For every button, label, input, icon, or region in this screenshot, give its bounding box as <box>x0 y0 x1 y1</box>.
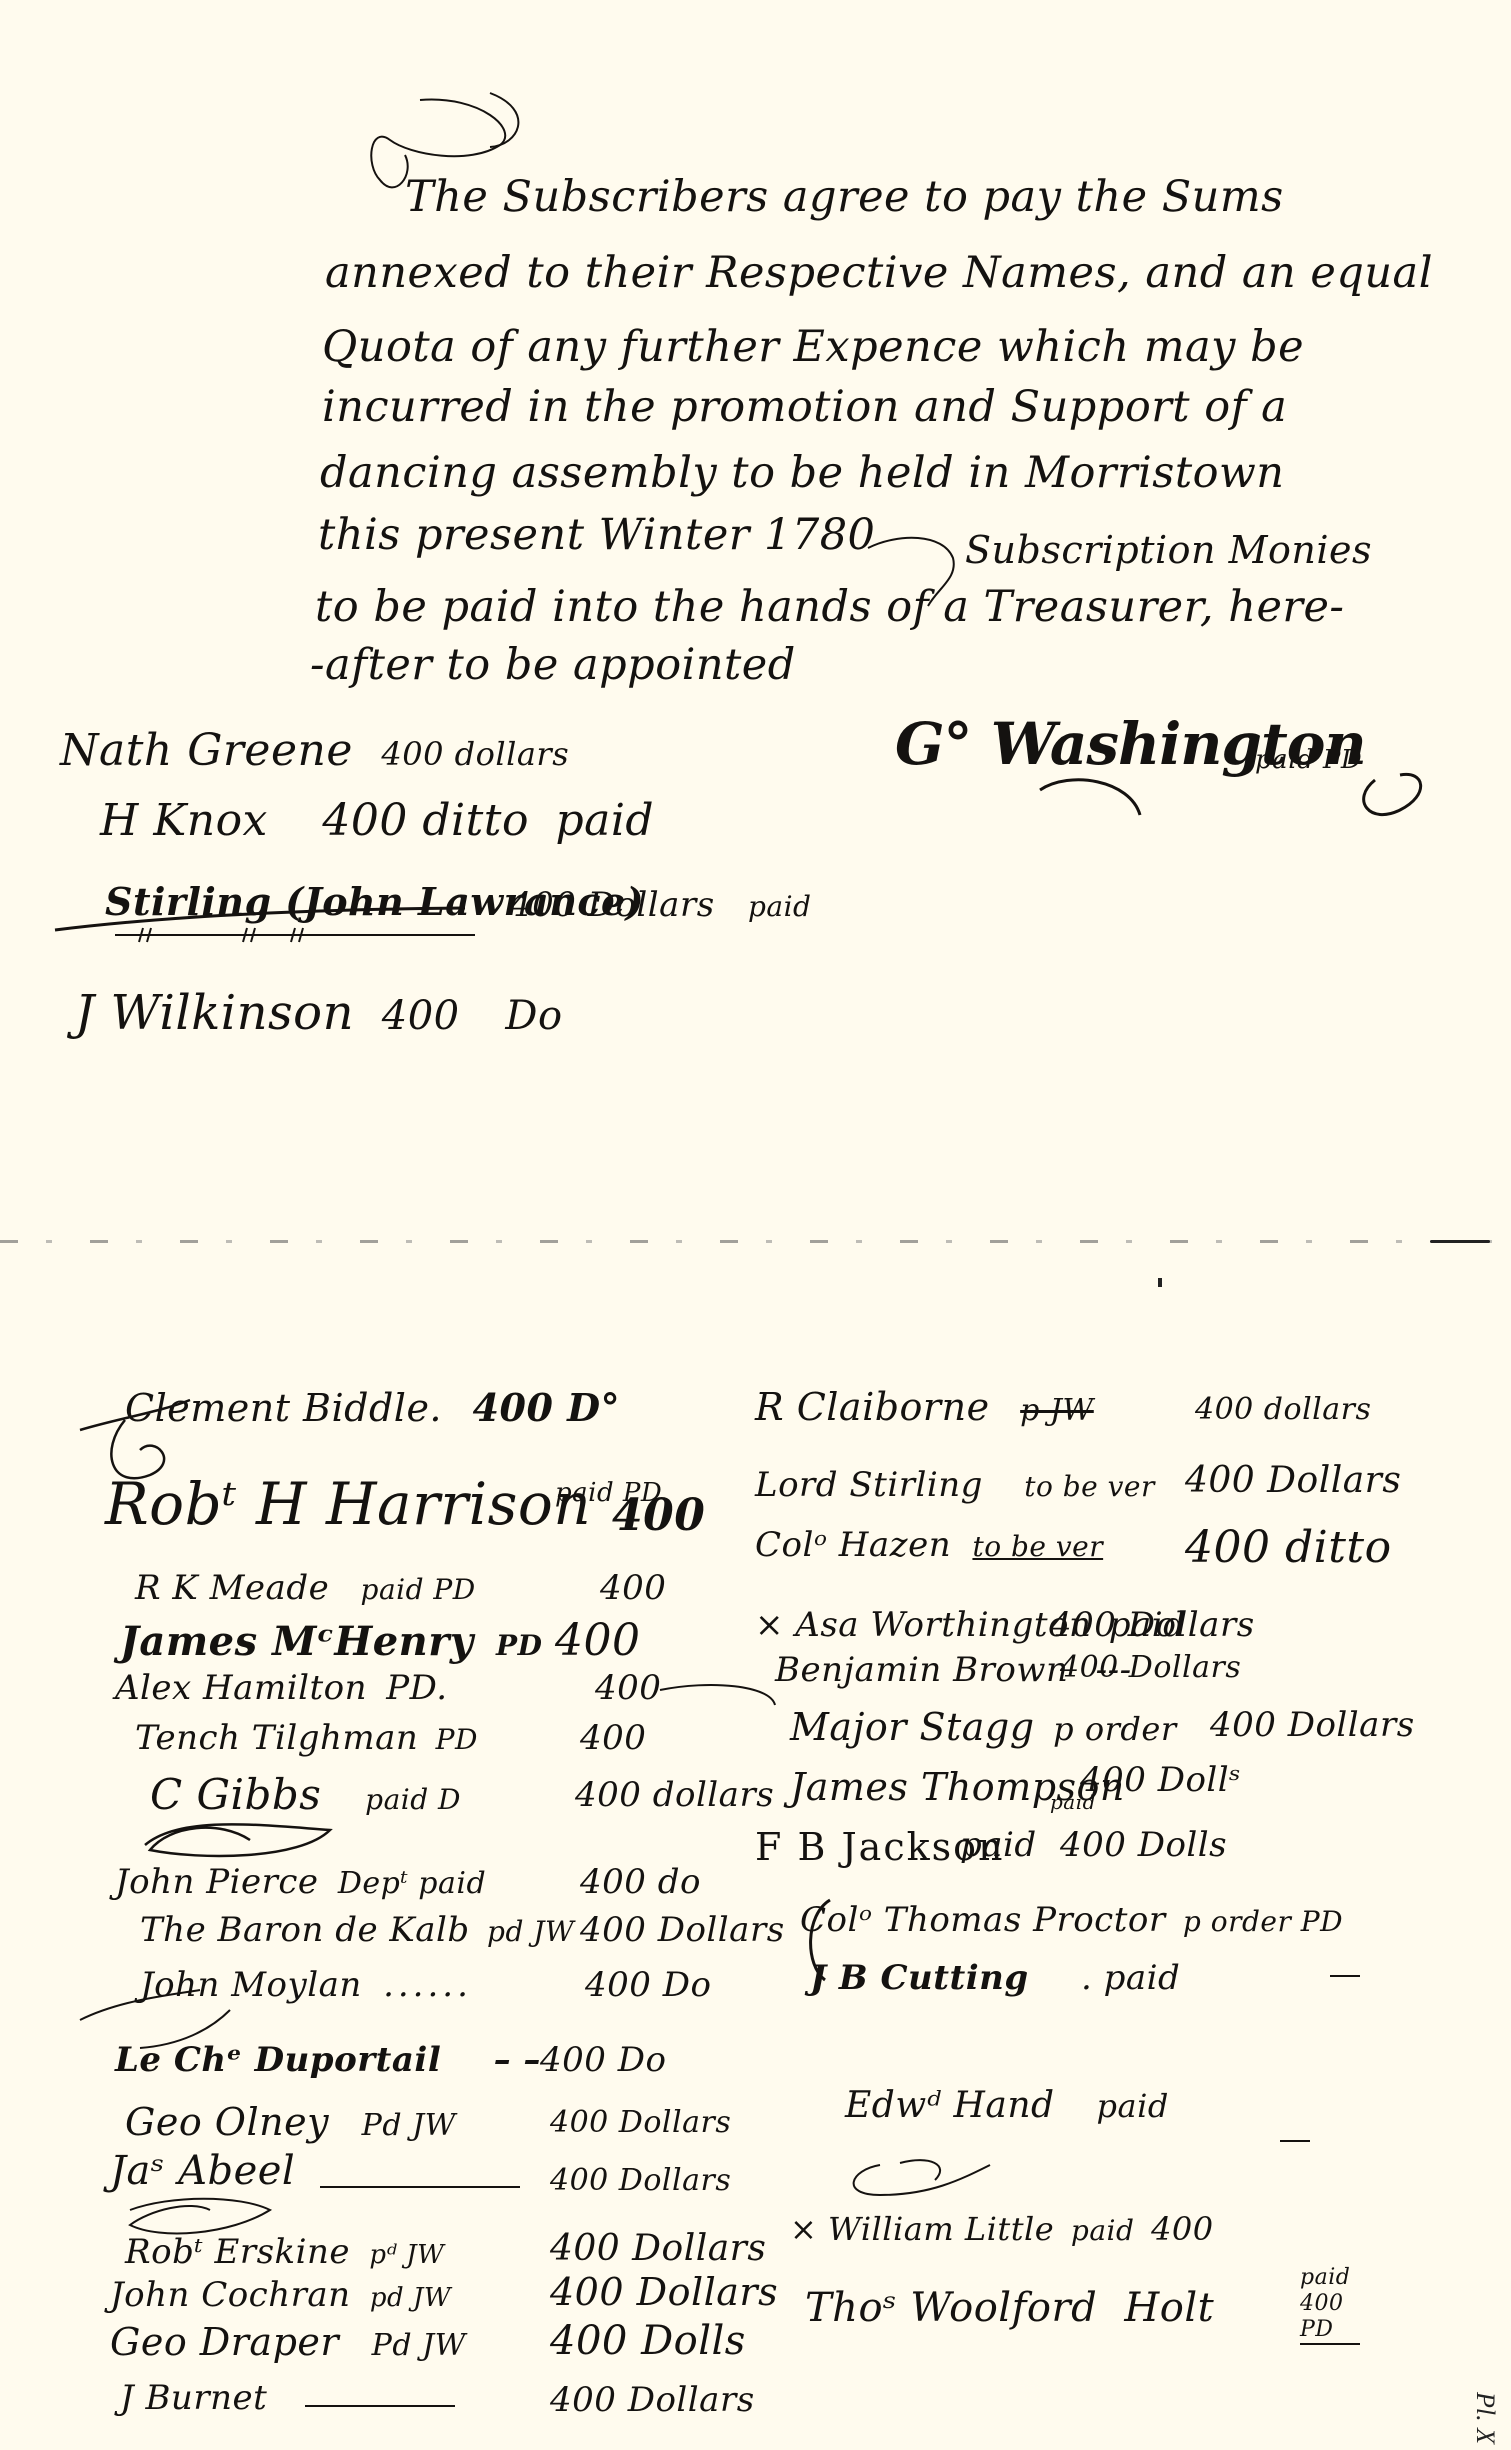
right-entry-2: Lord Stirling to be ver <box>755 1465 1155 1505</box>
page-fold-line <box>0 1240 1511 1243</box>
subscriber-amount: 400 <box>382 993 460 1039</box>
left-entry-16: Geo Draper Pd JW <box>110 2320 466 2364</box>
subscriber-name: Geo Olney <box>125 2100 329 2144</box>
subscriber-note: paid D <box>365 1783 461 1816</box>
left-entry-12-amount: 400 Dollars <box>550 2105 731 2140</box>
bracket-note: Subscription Monies <box>965 528 1372 572</box>
paragraph-line-2: annexed to their Respective Names, and a… <box>325 248 1433 298</box>
left-entry-6: Tench Tilghman PD <box>135 1718 478 1758</box>
upper-entry-greene: Nath Greene 400 dollars <box>60 725 569 776</box>
hamilton-tail <box>660 1680 790 1720</box>
subscriber-note: Depᵗ paid <box>338 1866 486 1901</box>
subscriber-amount: 400 D° <box>473 1385 621 1430</box>
subscriber-name: John Pierce <box>115 1862 319 1902</box>
subscriber-note: Holt <box>1124 2285 1214 2331</box>
paragraph-line-3: Quota of any further Expence which may b… <box>322 322 1304 372</box>
left-entry-15-amount: 400 Dollars <box>550 2270 778 2314</box>
subscriber-name: J Wilkinson <box>75 985 354 1041</box>
subscriber-note: PD <box>436 1723 478 1756</box>
subscriber-note: to be ver <box>1024 1470 1155 1503</box>
subscriber-name: James MᶜHenry <box>120 1618 474 1665</box>
subscriber-name: Geo Draper <box>110 2320 339 2364</box>
subscriber-note: . paid <box>1081 1958 1180 1998</box>
right-entry-3: Colᵒ Hazen to be ver <box>755 1525 1103 1565</box>
signature-underline-flourish <box>1040 770 1440 830</box>
paragraph-line-7: to be paid into the hands of a Treasurer… <box>315 582 1344 632</box>
subscriber-note: pd JW <box>370 2283 451 2313</box>
subscriber-name: J B Cutting <box>810 1958 1029 1998</box>
subscriber-note: PD <box>496 1629 542 1662</box>
subscriber-name: × Asa Worthington <box>755 1605 1091 1645</box>
right-entry-10: J B Cutting . paid <box>810 1958 1180 1998</box>
leader-dashes: – – <box>494 2040 541 2080</box>
subscriber-name: The Baron de Kalb <box>140 1910 470 1950</box>
subscriber-note: pd JW <box>487 1915 574 1948</box>
subscriber-note: to be ver <box>972 1530 1103 1563</box>
right-entry-6-amount: 400 Dollars <box>1210 1705 1415 1745</box>
hand-flourish <box>840 2155 1000 2200</box>
plate-label: Pl. X <box>1470 2392 1500 2401</box>
subscriber-name: Robᵗ H Harrison <box>105 1470 591 1538</box>
subscriber-note: paid PD <box>361 1573 476 1606</box>
left-entry-15: John Cochran pd JW <box>110 2275 451 2315</box>
right-entry-13: Thoˢ Woolford Holt <box>805 2285 1214 2331</box>
burnet-rule <box>305 2405 455 2407</box>
right-entry-8-note: paid <box>960 1825 1037 1865</box>
subscriber-name: Benjamin Brown <box>775 1650 1068 1690</box>
subscriber-name: C Gibbs <box>150 1770 321 1819</box>
subscriber-amount: 400 ditto <box>322 795 529 846</box>
subscriber-amount: 400 <box>1151 2210 1214 2248</box>
subscriber-note: paid <box>748 890 812 923</box>
cutting-dash <box>1330 1975 1360 1977</box>
left-entry-2: Robᵗ H Harrison <box>105 1470 591 1538</box>
left-entry-8: John Pierce Depᵗ paid <box>115 1862 486 1902</box>
subscriber-name: Tench Tilghman <box>135 1718 418 1758</box>
abeel-rule <box>320 2186 520 2188</box>
subscriber-name: Alex Hamilton <box>115 1668 367 1708</box>
left-entry-11: Le Chᵉ Duportail – – <box>115 2040 541 2080</box>
paragraph-line-4: incurred in the promotion and Support of… <box>322 382 1287 432</box>
left-entry-4: James MᶜHenry PD <box>120 1618 542 1665</box>
subscriber-amount: 400 dollars <box>381 735 569 773</box>
subscriber-note: PD. <box>386 1668 447 1708</box>
subscriber-note: p order <box>1053 1710 1176 1748</box>
paragraph-line-1: The Subscribers agree to pay the Sums <box>405 172 1284 222</box>
left-entry-4-amount: 400 <box>555 1615 640 1666</box>
paragraph-line-6: this present Winter 1780 <box>318 510 875 560</box>
subscriber-name: Colᵒ Thomas Proctor <box>800 1900 1166 1940</box>
subscriber-name: Major Stagg <box>790 1705 1035 1749</box>
subscriber-name: J Burnet <box>120 2378 267 2418</box>
right-entry-1: R Claiborne p JW <box>755 1385 1094 1429</box>
left-entry-16-amount: 400 Dolls <box>550 2318 746 2364</box>
subscriber-note: Pd JW <box>372 2328 466 2363</box>
right-entry-11: Edwᵈ Hand paid <box>845 2085 1169 2126</box>
subscriber-note: paid <box>555 795 654 846</box>
subscriber-note: Pd JW <box>362 2108 456 2143</box>
paragraph-line-8: -after to be appointed <box>310 640 796 690</box>
left-entry-13-amount: 400 Dollars <box>550 2163 731 2198</box>
subscriber-note: pᵈ JW <box>369 2240 444 2270</box>
left-entry-9-amount: 400 Dollars <box>580 1910 785 1950</box>
left-entry-17-amount: 400 Dollars <box>550 2380 755 2420</box>
left-entry-5: Alex Hamilton PD. <box>115 1668 448 1708</box>
fold-mark <box>1430 1240 1490 1243</box>
subscriber-name: Jaˢ Abeel <box>110 2148 295 2194</box>
hand-dash <box>1280 2140 1310 2142</box>
paragraph-line-5: dancing assembly to be held in Morristow… <box>320 448 1285 498</box>
right-entry-6: Major Stagg p order <box>790 1705 1177 1749</box>
left-entry-8-amount: 400 do <box>580 1862 701 1902</box>
left-entry-6-amount: 400 <box>580 1718 646 1758</box>
right-entry-13-amount: paid 400 PD <box>1300 2265 1360 2345</box>
subscriber-name: Edwᵈ Hand <box>845 2085 1055 2126</box>
subscriber-note: p JW <box>1020 1393 1094 1428</box>
upper-entry-wilkinson: J Wilkinson 400 Do <box>75 985 563 1041</box>
subscriber-note: Do <box>505 993 562 1039</box>
subscriber-name: R K Meade <box>135 1568 329 1608</box>
right-entry-3-amount: 400 ditto <box>1185 1522 1392 1573</box>
left-entry-9: The Baron de Kalb pd JW <box>140 1910 574 1950</box>
right-entry-1-amount: 400 dollars <box>1195 1392 1371 1427</box>
left-entry-7-amount: 400 dollars <box>575 1775 774 1815</box>
right-entry-5-amount: 400 Dollars <box>1060 1650 1241 1685</box>
right-entry-8-amount: 400 Dolls <box>1060 1825 1227 1865</box>
right-entry-2-amount: 400 Dollars <box>1185 1460 1401 1501</box>
left-entry-7: C Gibbs paid D <box>150 1770 461 1819</box>
subscriber-name: John Cochran <box>110 2275 351 2315</box>
subscriber-name: Robᵗ Erskine <box>125 2232 350 2272</box>
stirling-underline <box>55 900 475 945</box>
left-entry-17: J Burnet <box>120 2378 267 2418</box>
left-entry-10-amount: 400 Do <box>585 1965 711 2005</box>
subscriber-name: R Claiborne <box>755 1385 990 1429</box>
subscriber-name: Nath Greene <box>60 725 353 776</box>
left-entry-5-amount: 400 <box>595 1668 661 1708</box>
gibbs-flourish <box>140 1815 340 1865</box>
right-entry-4-amount: 400 Dollars <box>1050 1605 1255 1645</box>
left-entry-3-amount: 400 <box>600 1568 666 1608</box>
left-entry-13: Jaˢ Abeel <box>110 2148 295 2194</box>
upper-entry-stirling-amount: 400 Dollars paid <box>510 885 811 925</box>
left-entry-14: Robᵗ Erskine pᵈ JW <box>125 2232 444 2272</box>
right-entry-9: Colᵒ Thomas Proctor p order PD <box>800 1900 1343 1940</box>
subscriber-name: H Knox <box>100 795 268 846</box>
right-entry-12: × William Little paid 400 <box>790 2210 1214 2248</box>
leader-dots: ...... <box>383 1965 472 2005</box>
left-entry-12: Geo Olney Pd JW <box>125 2100 456 2144</box>
left-entry-11-amount: 400 Do <box>540 2040 666 2080</box>
subscriber-name: × William Little <box>790 2210 1054 2248</box>
fold-mark <box>1158 1278 1162 1287</box>
subscriber-name: Lord Stirling <box>755 1465 983 1505</box>
upper-entry-knox: H Knox 400 ditto paid <box>100 795 654 846</box>
subscriber-note: p order PD <box>1183 1905 1343 1938</box>
left-entry-2-amount: 400 <box>612 1490 705 1541</box>
subscriber-note: paid <box>1097 2087 1169 2125</box>
left-entry-14-amount: 400 Dollars <box>550 2228 766 2269</box>
subscriber-name: Colᵒ Hazen <box>755 1525 951 1565</box>
right-entry-7-amount: 400 Dollˢ <box>1080 1760 1241 1800</box>
subscriber-name: Le Chᵉ Duportail <box>115 2040 441 2080</box>
subscriber-name: Thoˢ Woolford <box>805 2285 1097 2331</box>
left-entry-3: R K Meade paid PD <box>135 1568 476 1608</box>
subscriber-amount: 400 Dollars <box>510 885 715 925</box>
subscriber-note: paid <box>1071 2214 1135 2247</box>
